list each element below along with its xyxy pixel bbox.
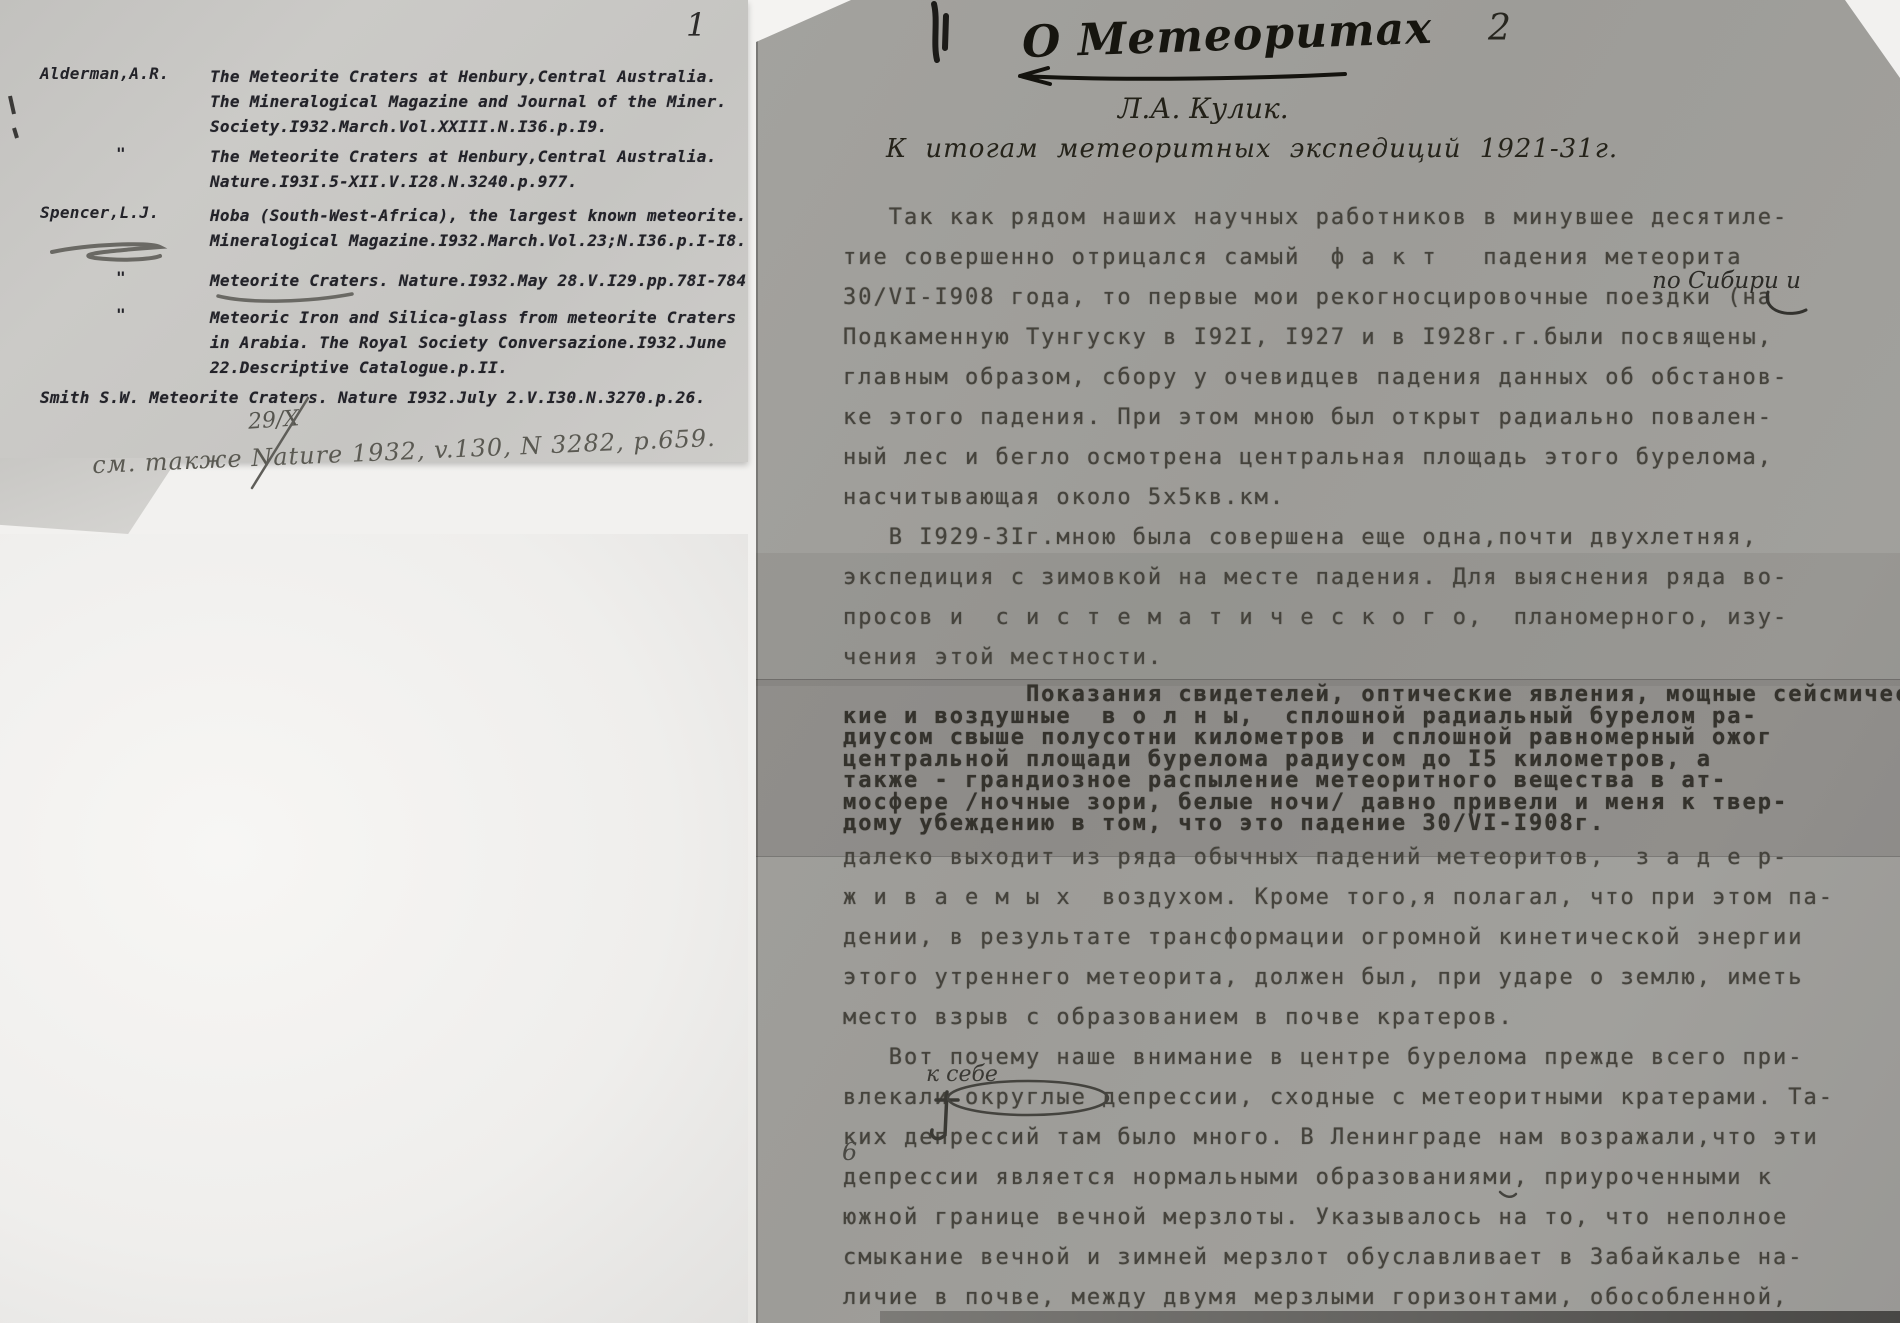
torn-corner-top-left bbox=[756, 0, 851, 42]
entry-citation: Hoba (South-West-Africa), the largest kn… bbox=[210, 203, 752, 253]
entry-citation: The Meteorite Craters at Henbury,Central… bbox=[210, 144, 752, 194]
left-background-blank bbox=[0, 534, 748, 1323]
scanned-archive-spread: 1 Alderman,A.R. The Meteorite Craters at… bbox=[0, 0, 1900, 1323]
entry-author: Spencer,L.J. bbox=[40, 203, 159, 222]
ditto-mark: " bbox=[116, 305, 126, 324]
handwritten-byline: Л.А. Кулик. bbox=[1118, 92, 1289, 125]
typed-slip-paragraph: Показания свидетелей, оптические явления… bbox=[843, 684, 1900, 835]
entry-citation: Smith S.W. Meteorite Craters. Nature I93… bbox=[40, 385, 752, 410]
bibliography-entry: " Meteoric Iron and Silica-glass from me… bbox=[40, 305, 752, 380]
bibliography-entry: " Meteorite Craters. Nature.I932.May 28.… bbox=[40, 268, 752, 293]
entry-author: Alderman,A.R. bbox=[40, 64, 169, 83]
pencil-insertion-po-sibiri: по Сибири и bbox=[1652, 268, 1801, 294]
right-page-number: 2 bbox=[1488, 8, 1511, 49]
entry-citation: Meteorite Craters. Nature.I932.May 28.V.… bbox=[210, 268, 752, 293]
ditto-mark: " bbox=[116, 268, 126, 287]
bibliography-entry: " The Meteorite Craters at Henbury,Centr… bbox=[40, 144, 752, 194]
bibliography-entry: Spencer,L.J. Hoba (South-West-Africa), t… bbox=[40, 203, 752, 253]
bibliography-entry: Alderman,A.R. The Meteorite Craters at H… bbox=[40, 64, 752, 139]
bibliography-entry: Smith S.W. Meteorite Craters. Nature I93… bbox=[40, 385, 752, 410]
handwritten-heading: К итогам метеоритных экспедиций 1921-31г… bbox=[886, 134, 1618, 164]
pencil-insertion-k-sebe: к себе bbox=[926, 1062, 998, 1087]
margin-mark: 6 bbox=[842, 1138, 857, 1166]
left-page-number: 1 bbox=[686, 6, 706, 44]
torn-corner-top-right bbox=[1845, 0, 1900, 78]
entry-citation: The Meteorite Craters at Henbury,Central… bbox=[210, 64, 752, 139]
pencil-date-note: 29/X bbox=[247, 406, 300, 435]
entry-citation: Meteoric Iron and Silica-glass from mete… bbox=[210, 305, 752, 380]
ditto-mark: " bbox=[116, 144, 126, 163]
typed-paragraphs-intro: Так как рядом наших научных работников в… bbox=[843, 198, 1788, 678]
